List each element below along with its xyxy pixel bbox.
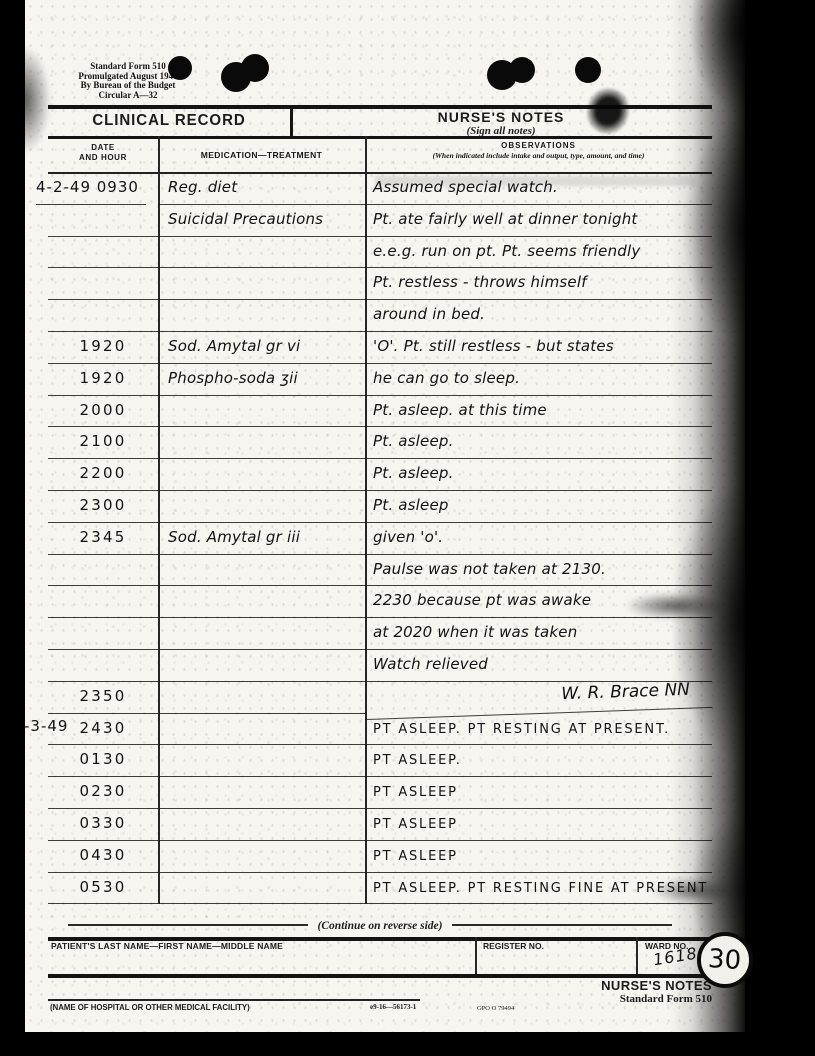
print-code: e9-16—56173-1 [370, 1003, 416, 1011]
gpo-code: GPO O 79494 [477, 1005, 514, 1012]
column-header-date: DATE AND HOUR [48, 143, 158, 162]
table-row: around in bed. [48, 300, 712, 332]
continue-note: (Continue on reverse side) [308, 920, 453, 932]
observation-cell: PT ASLEEP. PT RESTING FINE AT PRESENT [365, 873, 712, 905]
medication-cell [158, 300, 365, 332]
table-row: Pt. restless - throws himself [48, 268, 712, 300]
medication-cell [158, 873, 365, 905]
date-cell: 0530 [48, 873, 158, 905]
medication-cell [158, 491, 365, 523]
table-row: Watch relieved [48, 650, 712, 682]
table-row: 2100Pt. asleep. [48, 427, 712, 459]
table-row: 0130PT ASLEEP. [48, 745, 712, 777]
table-row: 2300Pt. asleep [48, 491, 712, 523]
observation-cell: PT ASLEEP [365, 841, 712, 873]
table-row: 0230PT ASLEEP [48, 777, 712, 809]
observation-cell: Pt. restless - throws himself [365, 268, 712, 300]
ink-blot [575, 57, 601, 83]
date-cell [48, 650, 158, 682]
observation-cell: Pt. asleep. at this time [365, 396, 712, 428]
page-number-circle: 30 [697, 932, 753, 988]
date-cell: 0130 [48, 745, 158, 777]
date-cell: 2350 [48, 682, 158, 714]
date-cell: 1920 [48, 332, 158, 364]
date-cell: 0230 [48, 777, 158, 809]
date-cell [48, 555, 158, 587]
table-row: Suicidal PrecautionsPt. ate fairly well … [48, 205, 712, 237]
date-cell [48, 618, 158, 650]
standard-form-footer: Standard Form 510 [412, 993, 712, 1005]
medication-cell: Phospho-soda ʒii [158, 364, 365, 396]
observation-cell: PT ASLEEP. PT RESTING AT PRESENT. [365, 714, 712, 746]
table-row: at 2020 when it was taken [48, 618, 712, 650]
nurses-notes-footer: NURSE'S NOTES [412, 978, 712, 993]
medication-cell [158, 459, 365, 491]
medication-cell [158, 650, 365, 682]
observation-cell: given 'o'. [365, 523, 712, 555]
medication-cell [158, 777, 365, 809]
medication-cell [158, 841, 365, 873]
medication-cell [158, 268, 365, 300]
medication-cell [158, 396, 365, 428]
table-row: 2345Sod. Amytal gr iiigiven 'o'. [48, 523, 712, 555]
medication-cell [158, 714, 365, 746]
date-cell: 2345 [48, 523, 158, 555]
date-cell: 2300 [48, 491, 158, 523]
table-row: 2230 because pt was awake [48, 586, 712, 618]
observation-cell: e.e.g. run on pt. Pt. seems friendly [365, 237, 712, 269]
medication-cell [158, 555, 365, 587]
table-row: 2000Pt. asleep. at this time [48, 396, 712, 428]
date-cell [48, 268, 158, 300]
date-cell: 1920 [48, 364, 158, 396]
medication-cell: Sod. Amytal gr vi [158, 332, 365, 364]
date-cell [48, 237, 158, 269]
date-cell [48, 300, 158, 332]
medication-cell [158, 745, 365, 777]
divider [636, 937, 638, 976]
margin-date: -3-49 [24, 717, 84, 735]
medication-cell [158, 809, 365, 841]
rule [48, 136, 712, 139]
date-cell: 2200 [48, 459, 158, 491]
medication-cell: Sod. Amytal gr iii [158, 523, 365, 555]
observations-note: (When indicated include intake and outpu… [365, 151, 712, 160]
table-row: 1920Phospho-soda ʒiihe can go to sleep. [48, 364, 712, 396]
medication-cell [158, 237, 365, 269]
rule [48, 999, 420, 1001]
form-number-line: Circular A—32 [62, 91, 194, 101]
medication-cell: Suicidal Precautions [158, 205, 365, 237]
date-cell [48, 205, 158, 237]
table-row: e.e.g. run on pt. Pt. seems friendly [48, 237, 712, 269]
medication-cell [158, 586, 365, 618]
observation-cell: Assumed special watch. [365, 173, 712, 205]
ink-blot [241, 54, 269, 82]
ink-blot [509, 57, 535, 83]
table-row: 2350W. R. Brace NN [48, 682, 712, 714]
observation-cell: Pt. ate fairly well at dinner tonight [365, 205, 712, 237]
observation-cell: PT ASLEEP [365, 777, 712, 809]
patient-name-label: PATIENT'S LAST NAME—FIRST NAME—MIDDLE NA… [51, 941, 283, 951]
page-number: 30 [707, 944, 742, 976]
observation-cell: around in bed. [365, 300, 712, 332]
observation-cell: Paulse was not taken at 2130. [365, 555, 712, 587]
observation-cell: PT ASLEEP [365, 809, 712, 841]
scan-edge-left [21, 45, 51, 155]
continue-note-wrap: (Continue on reverse side) [48, 916, 712, 934]
column-header-medication: MEDICATION—TREATMENT [158, 150, 365, 160]
scanned-document: Standard Form 510 Promulgated August 194… [0, 0, 815, 1056]
date-cell: 2000 [48, 396, 158, 428]
medication-cell [158, 618, 365, 650]
medication-cell [158, 427, 365, 459]
observations-title: OBSERVATIONS [365, 141, 712, 150]
column-header-date-line1: DATE [48, 143, 158, 153]
observation-cell: PT ASLEEP. [365, 745, 712, 777]
date-cell: 0330 [48, 809, 158, 841]
observation-cell: 'O'. Pt. still restless - but states [365, 332, 712, 364]
nurses-notes-header: NURSE'S NOTES (Sign all notes) [290, 109, 712, 137]
ink-blot [168, 56, 192, 80]
table-row: 4-2-49 0930Reg. dietAssumed special watc… [48, 173, 712, 205]
rule [48, 937, 712, 941]
observation-cell: Pt. asleep. [365, 427, 712, 459]
table-row: 0430PT ASLEEP [48, 841, 712, 873]
date-cell: 4-2-49 0930 [36, 173, 146, 205]
table-row: 0330PT ASLEEP [48, 809, 712, 841]
column-header-date-line2: AND HOUR [48, 153, 158, 163]
paper-sheet: Standard Form 510 Promulgated August 194… [25, 0, 745, 1032]
observation-cell: Pt. asleep. [365, 459, 712, 491]
column-header-observations: OBSERVATIONS (When indicated include int… [365, 141, 712, 160]
date-cell [48, 586, 158, 618]
table-row: Paulse was not taken at 2130. [48, 555, 712, 587]
observation-cell: 2230 because pt was awake [365, 586, 712, 618]
medication-cell: Reg. diet [158, 173, 365, 205]
table-row: 2430PT ASLEEP. PT RESTING AT PRESENT.-3-… [48, 714, 712, 746]
rule [48, 105, 712, 109]
date-cell: 0430 [48, 841, 158, 873]
divider [475, 937, 477, 976]
clinical-record-title: CLINICAL RECORD [55, 112, 282, 130]
date-cell: 2100 [48, 427, 158, 459]
table-row: 1920Sod. Amytal gr vi'O'. Pt. still rest… [48, 332, 712, 364]
nurses-notes-title: NURSE'S NOTES [290, 109, 712, 125]
medication-cell [158, 682, 365, 714]
divider [290, 105, 293, 138]
register-no-label: REGISTER NO. [483, 941, 544, 951]
observation-cell: Pt. asleep [365, 491, 712, 523]
hospital-name-label: (NAME OF HOSPITAL OR OTHER MEDICAL FACIL… [50, 1003, 250, 1012]
observation-cell: at 2020 when it was taken [365, 618, 712, 650]
table-row: 2200Pt. asleep. [48, 459, 712, 491]
table-row: 0530PT ASLEEP. PT RESTING FINE AT PRESEN… [48, 873, 712, 905]
observation-cell: he can go to sleep. [365, 364, 712, 396]
